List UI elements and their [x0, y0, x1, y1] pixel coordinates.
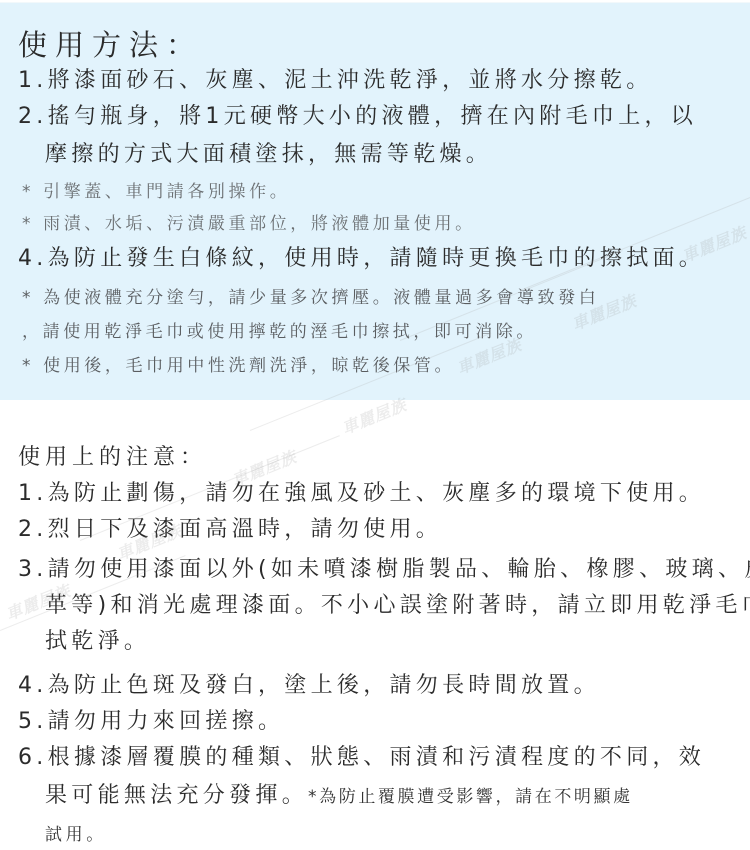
precaution-item-3-continued: 革等)和消光處理漆面。不小心誤塗附著時，請立即用乾淨毛巾擦 — [45, 588, 750, 619]
precautions-title: 使用上的注意： — [18, 440, 207, 471]
precaution-item-3: 3.請勿使用漆面以外(如未噴漆樹脂製品、輪胎、橡膠、玻璃、皮 — [18, 552, 750, 583]
precaution-item-6: 6.根據漆層覆膜的種類、狀態、雨漬和污漬程度的不同，效 — [18, 740, 705, 771]
usage-step-2-continued: 摩擦的方式大面積塗抹，無需等乾燥。 — [45, 137, 492, 168]
usage-method-panel: 使用方法： 1.將漆面砂石、灰塵、泥土沖洗乾淨，並將水分擦乾。 2.搖勻瓶身，將… — [0, 2, 750, 400]
precaution-item-5: 5.請勿用力來回搓擦。 — [18, 704, 284, 735]
precaution-item-4: 4.為防止色斑及發白，塗上後，請勿長時間放置。 — [18, 668, 600, 699]
usage-note-after-use: * 使用後，毛巾用中性洗劑洗淨，晾乾後保管。 — [22, 351, 455, 376]
usage-method-title: 使用方法： — [18, 23, 203, 64]
usage-note-stains: * 雨漬、水垢、污漬嚴重部位，將液體加量使用。 — [22, 209, 476, 234]
precaution-item-6-footnote: *為防止覆膜遭受影響，請在不明顯處 — [308, 787, 633, 807]
usage-note-apply-evenly: * 為使液體充分塗勻，請少量多次擠壓。液體量過多會導致發白 — [22, 283, 599, 308]
precaution-item-6-continued: 果可能無法充分發揮。*為防止覆膜遭受影響，請在不明顯處 — [45, 778, 633, 809]
usage-step-1: 1.將漆面砂石、灰塵、泥土沖洗乾淨，並將水分擦乾。 — [18, 63, 653, 94]
usage-note-hood-doors: * 引擎蓋、車門請各別操作。 — [22, 177, 290, 202]
precaution-item-6-end: 試用。 — [45, 820, 107, 845]
usage-step-4: 4.為防止發生白條紋，使用時，請隨時更換毛巾的擦拭面。 — [18, 241, 705, 272]
precaution-item-1: 1.為防止劃傷，請勿在強風及砂土、灰塵多的環境下使用。 — [18, 476, 705, 507]
usage-step-2: 2.搖勻瓶身，將1元硬幣大小的液體，擠在內附毛巾上，以 — [18, 99, 697, 130]
usage-note-wipe-clean: ，請使用乾淨毛巾或使用擰乾的溼毛巾擦拭，即可消除。 — [22, 317, 537, 342]
precaution-item-2: 2.烈日下及漆面高溫時，請勿使用。 — [18, 512, 442, 543]
precaution-item-6-text: 果可能無法充分發揮。 — [45, 783, 308, 808]
precautions-panel: 使用上的注意： 1.為防止劃傷，請勿在強風及砂土、灰塵多的環境下使用。 2.烈日… — [0, 400, 750, 850]
precaution-item-3-end: 拭乾淨。 — [45, 624, 150, 655]
